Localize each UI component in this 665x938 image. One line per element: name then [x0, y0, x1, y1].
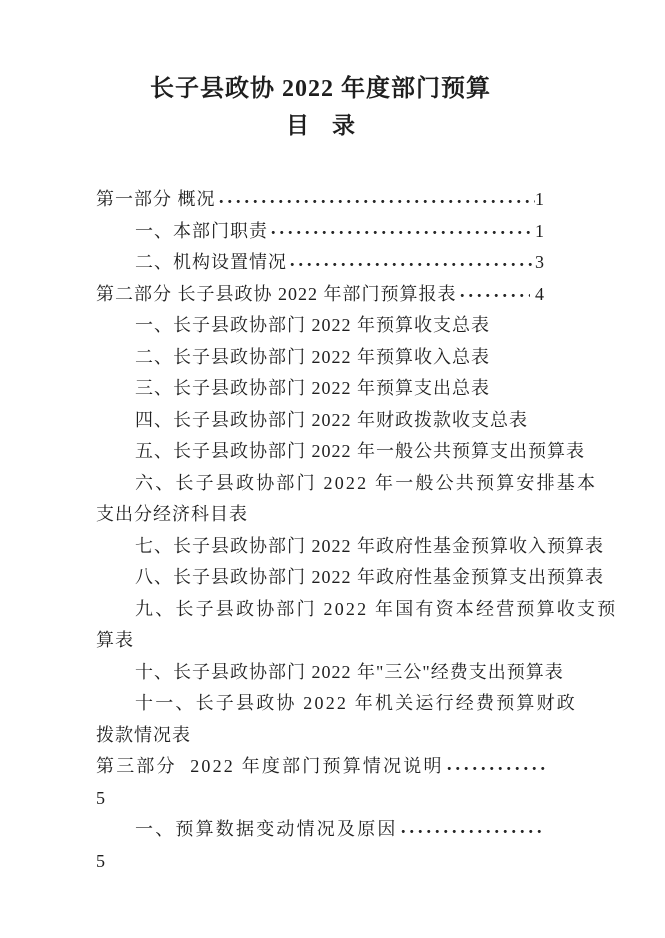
dot-leader	[458, 285, 530, 303]
document-page: 长子县政协 2022 年度部门预算 目 录 第一部分 概况1一、本部门职责1二、…	[0, 0, 665, 938]
toc-entry-text: 四、长子县政协部门 2022 年财政拨款收支总表	[135, 405, 528, 437]
toc-line: 二、机构设置情况3	[96, 247, 545, 279]
toc-entry-text: 二、机构设置情况	[135, 247, 287, 279]
toc-line: 第一部分 概况1	[96, 184, 545, 216]
toc-entry-text: 拨款情况表	[96, 720, 191, 752]
dot-leader	[269, 222, 535, 240]
page-number: 3	[535, 247, 545, 279]
table-of-contents: 第一部分 概况1一、本部门职责1二、机构设置情况3第二部分 长子县政协 2022…	[96, 184, 545, 877]
toc-entry-text: 七、长子县政协部门 2022 年政府性基金预算收入预算表	[135, 531, 604, 563]
toc-line: 四、长子县政协部门 2022 年财政拨款收支总表	[96, 405, 545, 437]
toc-line: 二、长子县政协部门 2022 年预算收入总表	[96, 342, 545, 374]
toc-entry-text: 第二部分 长子县政协 2022 年部门预算报表	[96, 279, 457, 311]
page-number: 1	[535, 216, 545, 248]
document-title: 长子县政协 2022 年度部门预算	[96, 72, 545, 106]
dot-leader	[217, 191, 536, 209]
toc-line: 一、本部门职责1	[96, 216, 545, 248]
toc-entry-text: 第一部分 概况	[96, 184, 216, 216]
toc-line: 第二部分 长子县政协 2022 年部门预算报表 4	[96, 279, 545, 311]
toc-line: 支出分经济科目表	[96, 499, 545, 531]
toc-entry-text: 一、预算数据变动情况及原因	[135, 814, 398, 846]
dot-leader	[445, 758, 545, 776]
toc-entry-text: 二、长子县政协部门 2022 年预算收入总表	[135, 342, 490, 374]
toc-entry-text: 六、长子县政协部门 2022 年一般公共预算安排基本	[135, 468, 597, 500]
toc-entry-text: 支出分经济科目表	[96, 499, 248, 531]
dot-leader	[288, 254, 535, 272]
page-number: 4	[530, 279, 546, 311]
toc-line: 十、长子县政协部门 2022 年"三公"经费支出预算表	[96, 657, 545, 689]
toc-entry-text: 5	[96, 783, 106, 815]
toc-entry-text: 5	[96, 846, 106, 878]
page-number: 1	[535, 184, 545, 216]
toc-line: 八、长子县政协部门 2022 年政府性基金预算支出预算表	[96, 562, 545, 594]
toc-entry-text: 三、长子县政协部门 2022 年预算支出总表	[135, 373, 490, 405]
toc-line: 一、长子县政协部门 2022 年预算收支总表	[96, 310, 545, 342]
toc-line: 五、长子县政协部门 2022 年一般公共预算支出预算表	[96, 436, 545, 468]
toc-entry-text: 五、长子县政协部门 2022 年一般公共预算支出预算表	[135, 436, 585, 468]
toc-line: 第三部分 2022 年度部门预算情况说明	[96, 751, 545, 783]
document-content: 长子县政协 2022 年度部门预算 目 录 第一部分 概况1一、本部门职责1二、…	[0, 72, 665, 877]
toc-entry-text: 一、长子县政协部门 2022 年预算收支总表	[135, 310, 490, 342]
toc-line: 一、预算数据变动情况及原因	[96, 814, 545, 846]
toc-line: 5	[96, 783, 545, 815]
toc-entry-text: 第三部分 2022 年度部门预算情况说明	[96, 751, 444, 783]
toc-line: 十一、长子县政协 2022 年机关运行经费预算财政	[96, 688, 545, 720]
toc-entry-text: 一、本部门职责	[135, 216, 268, 248]
toc-line: 算表	[96, 625, 545, 657]
toc-line: 六、长子县政协部门 2022 年一般公共预算安排基本	[96, 468, 545, 500]
toc-entry-text: 算表	[96, 625, 134, 657]
toc-line: 5	[96, 846, 545, 878]
dot-leader	[399, 821, 545, 839]
toc-line: 七、长子县政协部门 2022 年政府性基金预算收入预算表	[96, 531, 545, 563]
toc-entry-text: 十、长子县政协部门 2022 年"三公"经费支出预算表	[135, 657, 564, 689]
toc-line: 拨款情况表	[96, 720, 545, 752]
toc-heading: 目 录	[96, 110, 545, 142]
toc-entry-text: 九、长子县政协部门 2022 年国有资本经营预算收支预	[135, 594, 617, 626]
toc-line: 九、长子县政协部门 2022 年国有资本经营预算收支预	[96, 594, 545, 626]
toc-entry-text: 十一、长子县政协 2022 年机关运行经费预算财政	[135, 688, 577, 720]
toc-entry-text: 八、长子县政协部门 2022 年政府性基金预算支出预算表	[135, 562, 604, 594]
toc-line: 三、长子县政协部门 2022 年预算支出总表	[96, 373, 545, 405]
